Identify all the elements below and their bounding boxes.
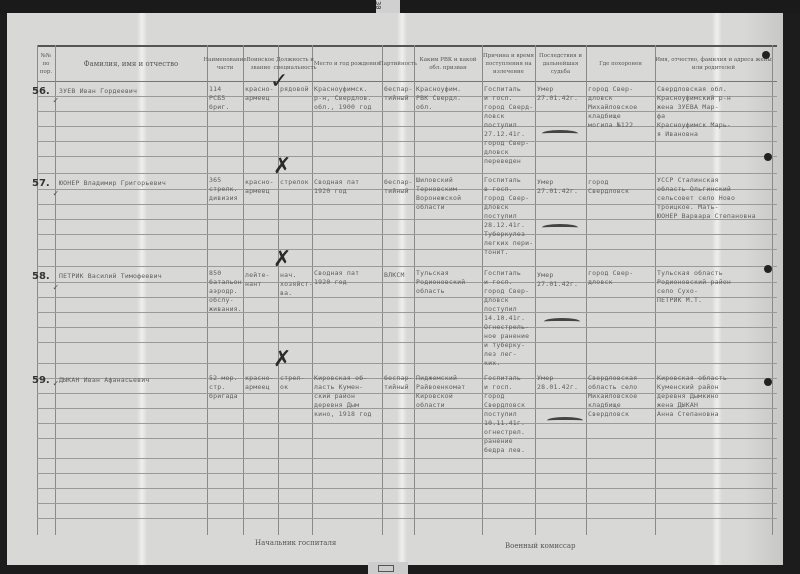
record-name: ПЕТРИК Василий Тимофеевич [59,272,162,281]
col-header-birth: Место и год рождения [312,49,382,79]
archive-tab [368,562,408,574]
record-rvk: Пиджемский Райвоенкомат Кировской област… [416,374,465,410]
record-burial: город Свер- дловск Михайловское кладбище… [588,85,637,130]
record-unit: 114 РСБ5 бриг. [209,85,230,112]
record-position: стрелок [280,178,309,187]
archive-strip: 30 [376,0,400,14]
col-header-reason: Причина и время поступления на излечение [482,49,535,79]
col-header-number: №№ по пор. [37,49,55,79]
dash-mark [542,130,578,137]
scan-background [0,0,800,14]
check-mark-icon: ✓ [53,283,58,293]
dash-mark [544,318,580,325]
record-burial: город Свердловск [588,178,629,196]
dash-mark [547,417,583,424]
col-header-name: Фамилия, имя и отчество [55,49,207,79]
dash-mark [542,224,578,231]
record-burial: город Свер- дловск [588,269,633,287]
record-reason: Госпиталь и госп. город Свер- дловск пос… [484,269,529,368]
record-party: беспар- тийный [384,374,413,392]
record-birth: Кировская об- ласть Кумен- ский район де… [314,374,372,419]
punch-hole [764,265,772,273]
record-rank: лейте- нант [245,271,270,289]
record-rank: красно- армеец [245,178,274,196]
record-birth: Сводная пат 1920 год [314,178,359,196]
record-outcome: Умер 27.01.42г. [537,271,578,289]
signature-hospital-head: Начальник госпиталя [255,539,336,547]
record-outcome: Умер 28.01.42г. [537,374,578,392]
record-name: ЗУЕВ Иван Гордеевич [59,87,137,96]
col-header-rvk: Каким РВК и какой обл. призван [414,49,482,79]
record-unit: 850 батальон аэродр. обслу- живания. [209,269,242,314]
signature-military-commissar: Военный комиссар [505,542,576,550]
record-position: стрел- ок [280,374,305,392]
check-mark-icon: ✓ [270,69,288,94]
record-unit: 52 мор. стр. бригада [209,374,238,401]
record-rvk: Шиловский Терновским Воронежской области [416,176,461,212]
record-number: 57. [32,178,50,189]
record-birth: Сводная пат 1920 год [314,269,359,287]
col-header-burial: Где похоронен [586,49,655,79]
check-mark-icon: ✗ [273,154,291,179]
punch-hole [764,378,772,386]
record-family: Кировская область Куменский район деревн… [657,374,727,419]
record-outcome: Умер 27.01.42г. [537,178,578,196]
punch-hole [762,51,770,59]
col-header-party: Партийность [382,49,414,79]
archive-page-number: 30 [374,1,382,9]
record-party: ВЛКСМ [384,271,405,280]
record-outcome: Умер 27.01.42г. [537,85,578,103]
record-birth: Красноуфимск. р-н, Свердлов. обл., 1900 … [314,85,372,112]
header-top-rule [37,45,777,47]
record-family: УССР Сталинская область Ольгинский сельс… [657,176,756,221]
record-reason: Госпиталь и госп. город Сверд- ловск пос… [484,85,533,166]
record-party: беспар- тийный [384,178,413,196]
record-family: Свердловская обл. Красноуфимский р-н жен… [657,85,731,139]
record-rvk: Красноуфим. РВК Свердл. обл. [416,85,461,112]
record-name: ЮОНЕР Владимир Григорьевич [59,179,166,188]
record-number: 59. [32,375,50,386]
record-burial: Свердловская область село Михайловское к… [588,374,637,419]
check-mark-icon: ✗ [273,247,291,272]
record-reason: Госпиталь в госп. город Свер- дловск пос… [484,176,533,257]
check-mark-icon: ✓ [53,379,58,389]
record-party: беспар- тийный [384,85,413,103]
record-name: ДЫКАН Иван Афанасьевич [59,376,150,385]
check-mark-icon: ✓ [53,189,58,199]
col-header-family: Имя, отчество, фамилия и адреса жены или… [655,49,772,79]
check-mark-icon: ✗ [273,347,291,372]
col-header-outcome: Последствия и дальнейшая судьба [535,49,586,79]
check-mark-icon: ✓ [53,96,58,106]
record-rank: красно- армеец [245,374,274,392]
record-number: 58. [32,271,50,282]
header-bottom-rule [37,81,777,82]
document-sheet: №№ по пор. Фамилия, имя и отчество Наиме… [7,13,783,565]
record-rvk: Тульская Родионовский область [416,269,465,296]
record-family: Тульская область Родионовский район село… [657,269,731,305]
col-header-unit: Наименование части [207,49,243,79]
record-unit: 365 стрелк. дивизия [209,176,238,203]
record-position: нач. хозяйст- ва. [280,271,313,298]
punch-hole [764,153,772,161]
record-reason: Госпиталь и госп. город Свердловск посту… [484,374,525,455]
record-number: 56. [32,86,50,97]
